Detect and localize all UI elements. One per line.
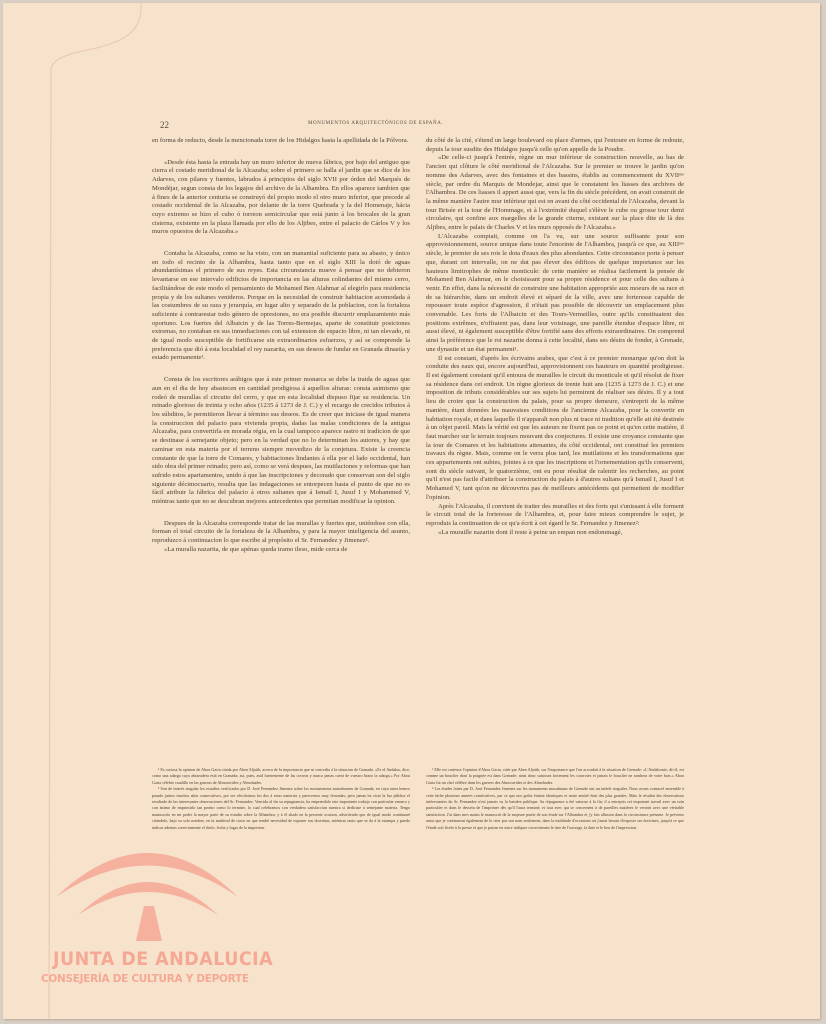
paragraph: Contaba la Alcazaba, como se ha visto, c… <box>152 250 410 363</box>
footnote: ¹ Elle est curieuse l'opinion d'Abou Gar… <box>426 767 684 786</box>
paragraph: du côté de la cité, s'étend un large bou… <box>426 137 684 154</box>
footnote: ¹ Es curiosa la opinion de Abou Garia ci… <box>152 767 410 786</box>
footnotes-french: ¹ Elle est curieuse l'opinion d'Abou Gar… <box>426 767 684 831</box>
running-head: 22 MONUMENTOS ARQUITECTÓNICOS DE ESPAÑA. <box>148 120 686 132</box>
page-number: 22 <box>160 120 169 130</box>
french-text-column: du côté de la cité, s'étend un large bou… <box>426 137 684 537</box>
paragraph: en forma de reducto, desde la mencionada… <box>152 137 410 146</box>
junta-de-andalucia-watermark: JUNTA DE ANDALUCIA CONSEJERÍA DE CULTURA… <box>38 839 258 999</box>
running-title: MONUMENTOS ARQUITECTÓNICOS DE ESPAÑA. <box>308 121 443 126</box>
watermark-organization: JUNTA DE ANDALUCIA <box>53 948 273 970</box>
paragraph: «De celle-ci jusqu'à l'entrée, règne un … <box>426 154 684 232</box>
paragraph: Il est constant, d'après les écrivains a… <box>426 355 684 503</box>
paragraph: «La muraille nazarite dont il reste à pe… <box>426 529 684 538</box>
footnote: ² Son de interés singular los estudios v… <box>152 786 410 831</box>
andalucia-emblem-icon <box>38 839 258 949</box>
watermark-department: CONSEJERÍA DE CULTURA Y DEPORTE <box>41 973 249 985</box>
footnotes-spanish: ¹ Es curiosa la opinion de Abou Garia ci… <box>152 767 410 831</box>
paragraph: L'Alcazaba comptait, comme on l'a vu, su… <box>426 233 684 355</box>
scanned-page: 22 MONUMENTOS ARQUITECTÓNICOS DE ESPAÑA.… <box>3 3 820 1019</box>
paragraph: Après l'Alcazaba, il convient de traiter… <box>426 503 684 529</box>
spanish-text-column: en forma de reducto, desde la mencionada… <box>152 137 410 555</box>
paragraph: «Desde ésta hasta la entrada hay un muro… <box>152 159 410 237</box>
paragraph: «La muralla nazarita, de que apénas qued… <box>152 546 410 555</box>
footnote: ² Les études faites par D. José Fernande… <box>426 786 684 831</box>
paragraph: Consta de los escritores arábigos que á … <box>152 376 410 507</box>
paragraph: Despues de la Alcazaba corresponde trata… <box>152 520 410 546</box>
